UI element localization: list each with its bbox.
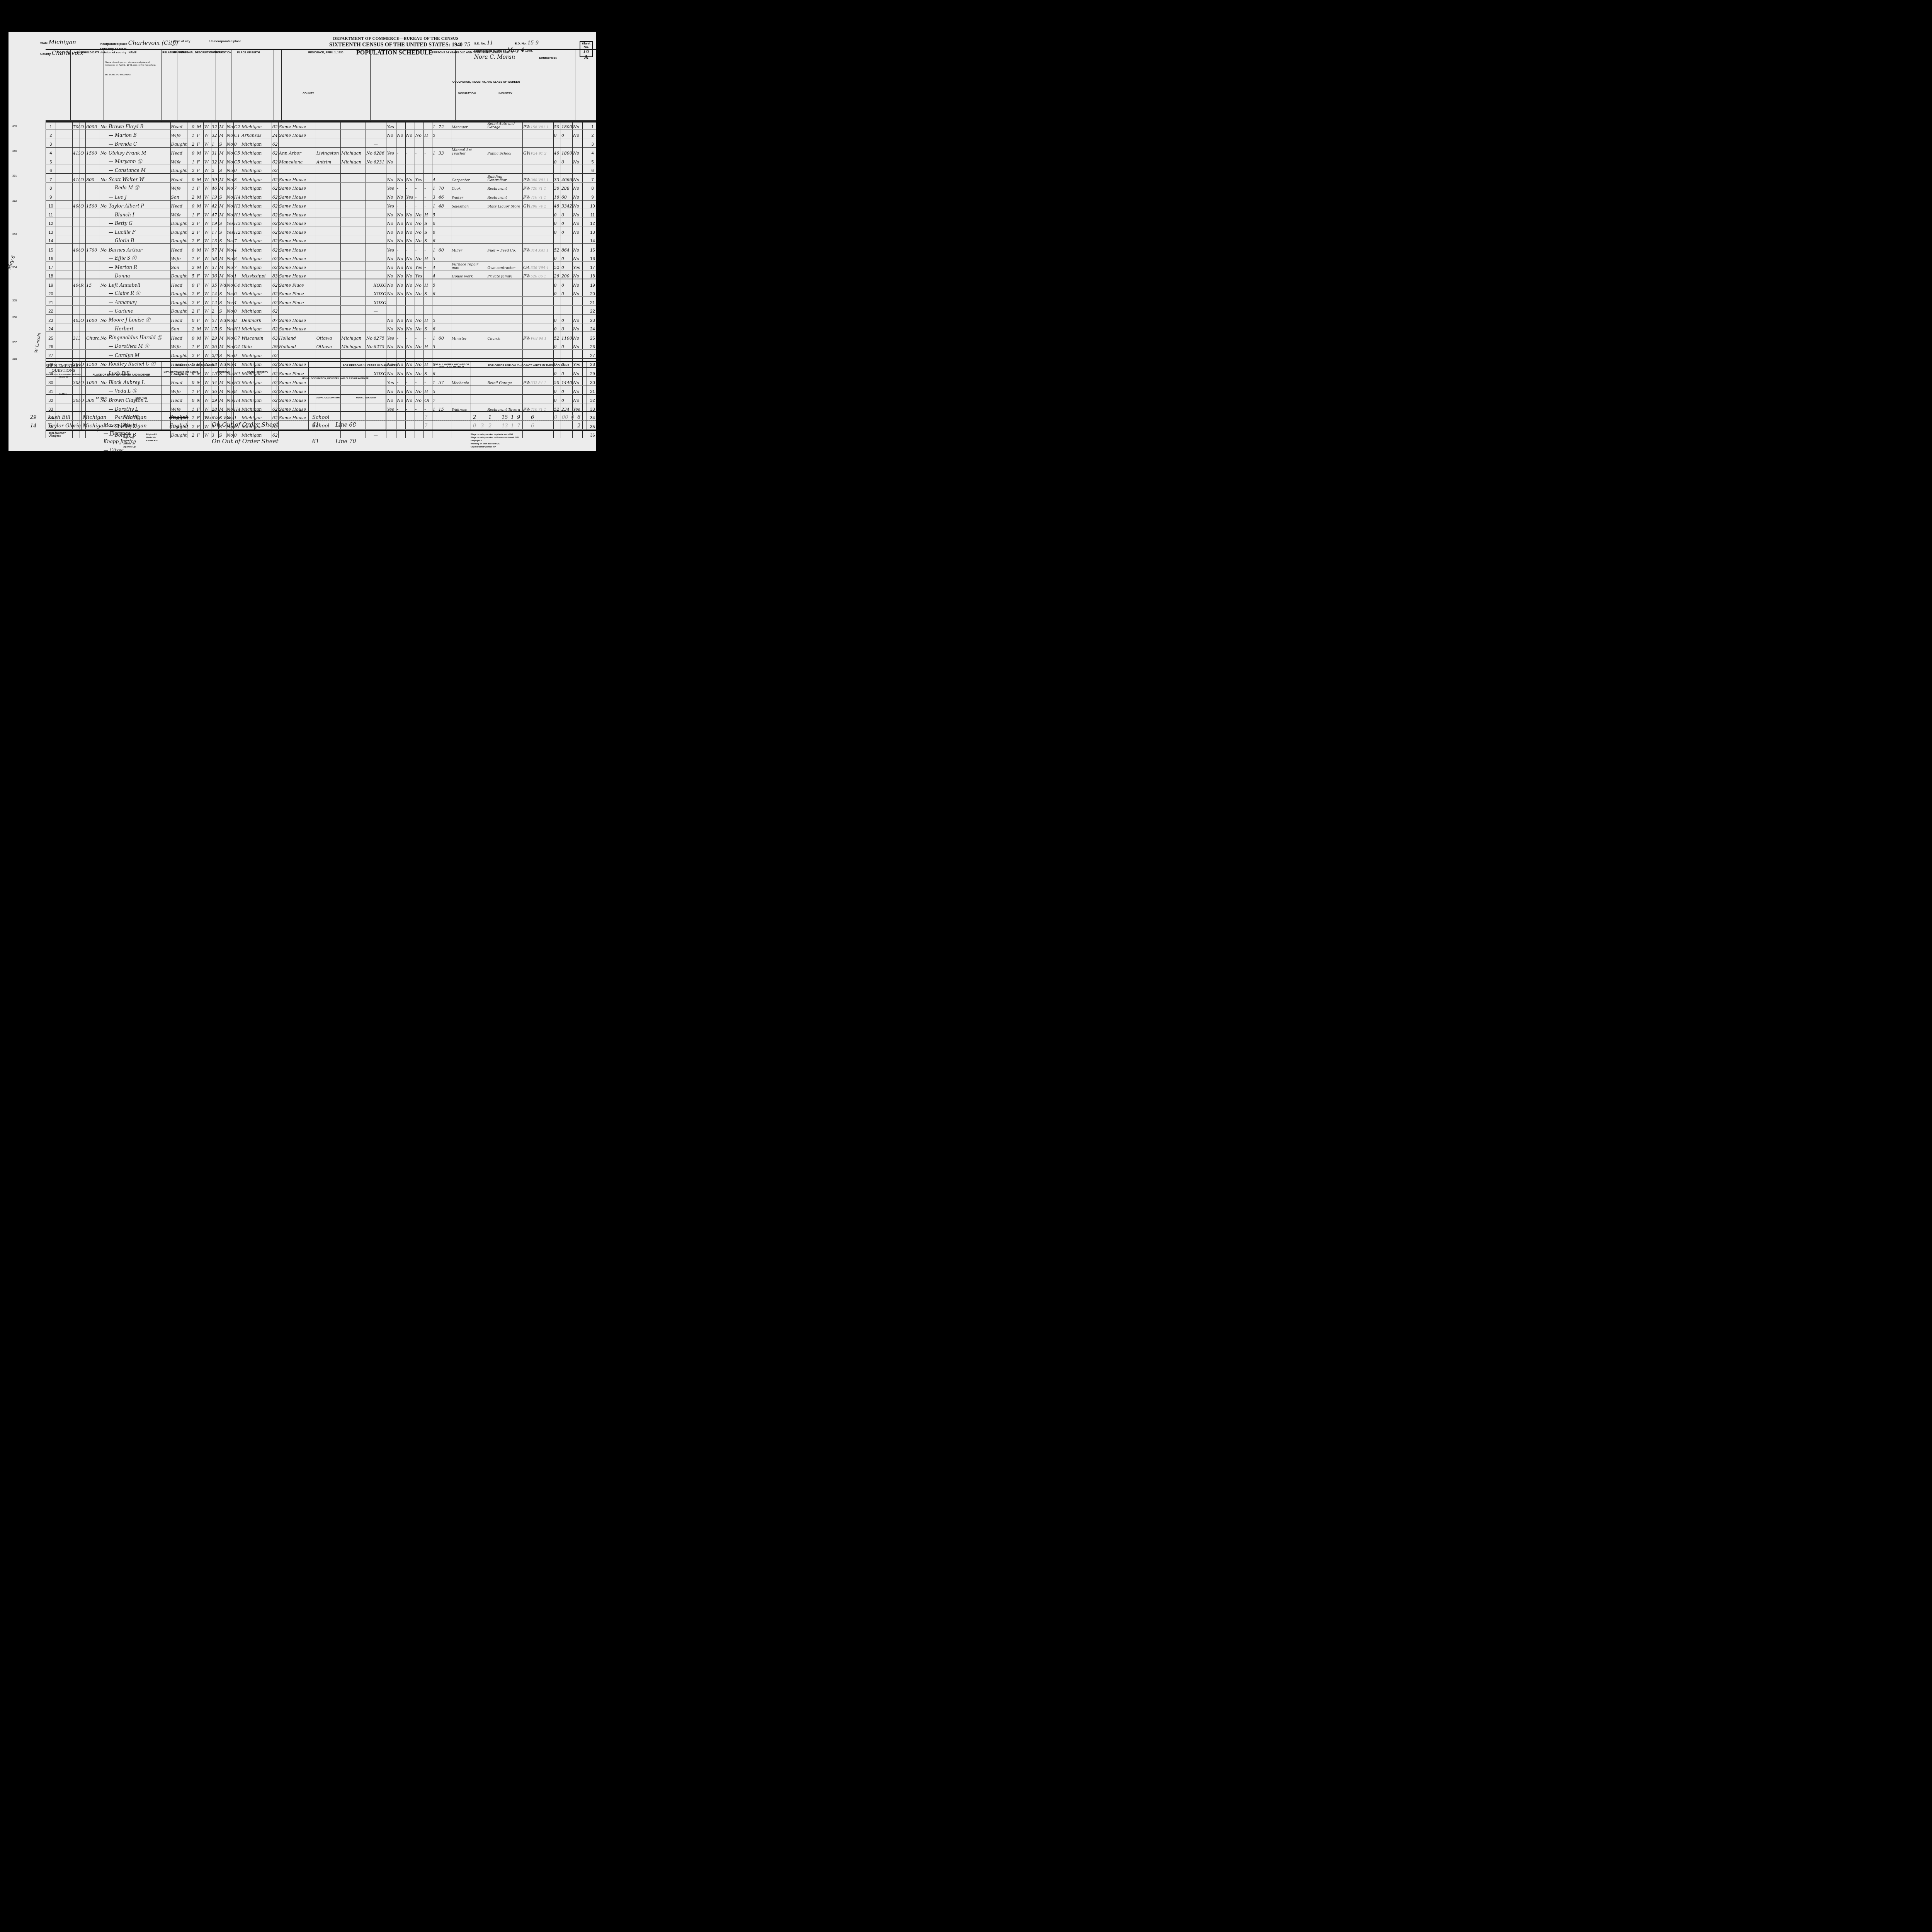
cell-activity	[424, 297, 432, 306]
blank-cell	[187, 332, 191, 341]
cell-at-work: No	[386, 341, 396, 350]
cell-income: 864	[561, 244, 572, 253]
cell-house	[72, 270, 80, 279]
cell-res-farm	[366, 121, 373, 129]
cell-farm	[100, 323, 108, 332]
cell-res-state	[341, 323, 366, 332]
cell-age: 32	[211, 156, 218, 165]
supp-name-header: NAME	[46, 393, 81, 396]
cell-line: 2	[46, 129, 56, 138]
cell-emerg	[396, 165, 406, 173]
blank-cell	[582, 226, 589, 235]
cell-has-job: -	[415, 156, 424, 165]
cell-res-state	[341, 209, 366, 218]
cell-income	[561, 138, 572, 147]
cell-farm	[100, 270, 108, 279]
cell-res-code	[373, 270, 386, 279]
cell-seeking: Yes	[405, 191, 415, 200]
cell-birthplace: Mississippi	[241, 270, 272, 279]
header-name: NAME	[104, 51, 162, 54]
table-row: 1700O6000NoBrown Floyd BHead0MW32MNoC2Mi…	[46, 121, 596, 129]
cell-school: Yes	[226, 226, 233, 235]
cell-grade: C4	[233, 341, 241, 350]
cell-age: 12	[211, 297, 218, 306]
cell-weeks-unemp	[438, 279, 451, 288]
cell-industry	[487, 314, 522, 323]
cell-age: 59	[211, 173, 218, 182]
table-row: 5— Maryann ⓍWife1FW32MNoC5Michigan62Manc…	[46, 156, 596, 165]
cell-birthplace: Michigan	[241, 262, 272, 270]
cell-seeking: No	[405, 209, 415, 218]
cell-seeking: No	[405, 173, 415, 182]
cell-industry: Building Contractor	[487, 173, 522, 182]
cell-res-farm	[366, 350, 373, 359]
cell-occ-code: V24 91 2	[530, 147, 553, 156]
cell-school: No	[226, 332, 233, 341]
cell-other-income: No	[572, 279, 582, 288]
incorporated-place-field: Incorporated place Charlevoix (City)	[100, 39, 178, 46]
cell-hours: 5	[432, 279, 438, 288]
cell-name: — Lucille F	[108, 226, 170, 235]
cell-hours	[432, 350, 438, 359]
cell-res-code	[373, 262, 386, 270]
cell-race: W	[204, 253, 211, 262]
cell-income: 0	[561, 129, 572, 138]
supp-y: 6	[577, 415, 580, 420]
cell-res-code	[373, 121, 386, 129]
cell-street	[56, 288, 72, 297]
cell-grade: C4	[233, 279, 241, 288]
cell-res-county	[316, 350, 341, 359]
cell-has-job: -	[415, 200, 424, 209]
cell-age: 19	[211, 191, 218, 200]
cell-age: 57	[211, 314, 218, 323]
cell-house	[72, 297, 80, 306]
cell-sex: F	[196, 297, 204, 306]
cell-code: 0	[191, 173, 196, 182]
department-title: DEPARTMENT OF COMMERCE—BUREAU OF THE CEN…	[333, 36, 459, 41]
cell-value: 1500	[86, 147, 100, 156]
cell-industry	[487, 235, 522, 244]
cell-race: W	[204, 129, 211, 138]
cell-res-county	[316, 305, 341, 314]
header-birthplace: PLACE OF BIRTH	[231, 51, 266, 54]
cell-occupation	[451, 314, 487, 323]
cell-occupation	[451, 279, 487, 288]
cell-age: 46	[211, 182, 218, 191]
cell-farm: No	[100, 121, 108, 129]
cell-owned: R	[80, 279, 86, 288]
header-personal: PERSONAL DESCRIPTION	[177, 51, 216, 54]
cell-code: 0	[191, 314, 196, 323]
cell-seeking	[405, 138, 415, 147]
supplementary-subtitle: For Persons Enumerated on Lines 14 and 2…	[46, 374, 81, 378]
cell-other-income: No	[572, 129, 582, 138]
cell-hours: 4	[432, 270, 438, 279]
cell-activity: H	[424, 279, 432, 288]
cell-res-county: Ottawa	[316, 332, 341, 341]
cell-weeks-unemp	[438, 226, 451, 235]
cell-owned	[80, 297, 86, 306]
cell-house: 700	[72, 121, 80, 129]
cell-res-farm	[366, 288, 373, 297]
cell-rline: 10	[589, 200, 596, 209]
race-code: White W	[123, 434, 131, 436]
cell-grade: 0	[233, 138, 241, 147]
cell-activity: -	[424, 244, 432, 253]
cell-rline: 8	[589, 182, 596, 191]
cell-school: No	[226, 341, 233, 350]
state-label: State	[40, 41, 48, 45]
cell-relation: Daughter in Law	[170, 270, 187, 279]
cell-relation: Wife	[170, 129, 187, 138]
incorporated-place-label: Incorporated place	[100, 42, 128, 46]
table-row: 18— DonnaDaughter in Law5FW36MNo1Mississ…	[46, 270, 596, 279]
header-occupation: OCCUPATION	[447, 92, 486, 95]
cell-occ-code	[530, 156, 553, 165]
cell-occ-code: 308 V91 1	[530, 173, 553, 182]
cell-farm	[100, 156, 108, 165]
cell-race: W	[204, 138, 211, 147]
cell-birthplace: Michigan	[241, 147, 272, 156]
cell-name: — Betty G	[108, 218, 170, 226]
cell-value: Church Bldg	[86, 332, 100, 341]
cell-res-code	[373, 253, 386, 262]
supp-s: 6	[531, 423, 534, 429]
cell-res-farm	[366, 305, 373, 314]
cell-res-county	[316, 262, 341, 270]
blank-cell	[582, 138, 589, 147]
cell-res-city: Same House	[278, 323, 316, 332]
blank-cell	[187, 218, 191, 226]
cell-at-work: No	[386, 226, 396, 235]
mother-tongue-header: MOTHER TONGUE (OR NATIVE LANGUAGE)	[162, 371, 200, 376]
cell-emerg: No	[396, 218, 406, 226]
cell-other-income: No	[572, 226, 582, 235]
cell-house: 404	[72, 279, 80, 288]
cell-res-city: Holland	[278, 332, 316, 341]
supplementary-questions: SUPPLEMENTARY QUESTIONS For Persons Enum…	[46, 361, 596, 431]
cell-line: 26	[46, 341, 56, 350]
cell-res-county: Livingston	[316, 147, 341, 156]
cell-street	[56, 156, 72, 165]
cell-other-income	[572, 235, 582, 244]
office-header: FOR OFFICE USE ONLY—DO NOT WRITE IN THES…	[471, 364, 587, 367]
cell-bp-c: 83	[272, 270, 278, 279]
cell-occupation	[451, 235, 487, 244]
cell-res-code	[373, 129, 386, 138]
cell-sex: M	[196, 323, 204, 332]
cell-name: — Marion B	[108, 129, 170, 138]
cell-class	[522, 129, 530, 138]
cell-sex: M	[196, 173, 204, 182]
cell-grade: C7	[233, 332, 241, 341]
cell-weeks-unemp	[438, 341, 451, 350]
cell-sex: M	[196, 262, 204, 270]
cell-emerg: -	[396, 332, 406, 341]
cell-res-county	[316, 323, 341, 332]
cell-house: 410	[72, 173, 80, 182]
supp-tongue: English	[169, 415, 189, 420]
cell-other-income	[572, 350, 582, 359]
cell-marital: M	[219, 147, 226, 156]
cell-weeks-unemp	[438, 253, 451, 262]
cell-line: 13	[46, 226, 56, 235]
cell-class	[522, 218, 530, 226]
cell-other-income: No	[572, 121, 582, 129]
cell-rline: 19	[589, 279, 596, 288]
cell-line: 14	[46, 235, 56, 244]
cell-weeks: 0	[553, 226, 561, 235]
cell-code: 2	[191, 323, 196, 332]
cell-grade: 4	[233, 297, 241, 306]
cell-birthplace: Michigan	[241, 173, 272, 182]
cell-weeks	[553, 235, 561, 244]
cell-industry	[487, 209, 522, 218]
cell-street	[56, 332, 72, 341]
blank-cell	[187, 191, 191, 200]
cell-house: 402	[72, 314, 80, 323]
cell-rline: 22	[589, 305, 596, 314]
cell-age: 31	[211, 147, 218, 156]
cell-seeking: No	[405, 218, 415, 226]
cell-marital: S	[219, 288, 226, 297]
cell-bp-c: 62	[272, 244, 278, 253]
cell-house	[72, 253, 80, 262]
cell-occ-code	[530, 253, 553, 262]
cell-grade: H2	[233, 226, 241, 235]
table-row: 8— Reda M ⓍWife1FW46MNo7Michigan62Same H…	[46, 182, 596, 191]
cell-farm	[100, 262, 108, 270]
blank-cell	[187, 209, 191, 218]
cell-weeks	[553, 165, 561, 173]
cell-street	[56, 121, 72, 129]
cell-weeks: 0	[553, 156, 561, 165]
cell-weeks: 52	[553, 332, 561, 341]
cell-age: 35	[211, 279, 218, 288]
cell-name: — Carlene	[108, 305, 170, 314]
race-code: Chinese Chi	[123, 443, 135, 446]
cell-birthplace: Michigan	[241, 138, 272, 147]
cell-res-farm: No	[366, 341, 373, 350]
cell-at-work: No	[386, 191, 396, 200]
header-relation: RELATION	[162, 51, 177, 54]
cell-bp-c: 62	[272, 191, 278, 200]
cell-occupation: Furnace repair man	[451, 262, 487, 270]
visit-number: 352	[12, 200, 17, 202]
table-row: 4419O1500NoOleksy Frank MHead0MW31MNoC5M…	[46, 147, 596, 156]
cell-other-income: No	[572, 253, 582, 262]
cell-code: 0	[191, 332, 196, 341]
cell-activity: S	[424, 218, 432, 226]
cell-seeking	[405, 350, 415, 359]
visit-number: 349	[12, 125, 17, 128]
cell-income: 200	[561, 270, 572, 279]
cell-hours	[432, 305, 438, 314]
cell-activity	[424, 305, 432, 314]
cell-res-code	[373, 244, 386, 253]
cell-marital: S	[219, 323, 226, 332]
cell-street	[56, 129, 72, 138]
table-row: 10408O1500NoTaylor Albert PHead0MW42MNoH…	[46, 200, 596, 209]
cell-hours: 6	[432, 288, 438, 297]
cell-farm: No	[100, 244, 108, 253]
cell-sex: F	[196, 314, 204, 323]
cell-occupation	[451, 138, 487, 147]
cell-relation: Son	[170, 323, 187, 332]
cell-relation: Daughter	[170, 138, 187, 147]
cell-emerg: No	[396, 314, 406, 323]
cell-marital: S	[219, 138, 226, 147]
cell-hours: 1	[432, 244, 438, 253]
cell-owned	[80, 218, 86, 226]
cell-race: W	[204, 341, 211, 350]
census-title: SIXTEENTH CENSUS OF THE UNITED STATES: 1…	[329, 42, 470, 48]
women-header: FOR ALL WOMEN WHO ARE OR HAVE BEEN MARRI…	[432, 364, 471, 368]
veterans-header: VETERANS	[208, 371, 239, 374]
cell-industry	[487, 253, 522, 262]
cell-seeking: No	[405, 279, 415, 288]
cell-code: 2	[191, 235, 196, 244]
cell-industry	[487, 156, 522, 165]
cell-class: PW	[522, 191, 530, 200]
cell-grade: 0	[233, 305, 241, 314]
cell-farm: No	[100, 332, 108, 341]
supp-row: 29 Lush Bill Michigan Michigan English Y…	[46, 411, 596, 420]
cell-occ-code: 156 V91 1	[530, 121, 553, 129]
blank-cell	[582, 279, 589, 288]
cell-res-farm	[366, 314, 373, 323]
cell-race: W	[204, 147, 211, 156]
blank-cell	[582, 244, 589, 253]
cell-school: No	[226, 253, 233, 262]
cell-birthplace: Michigan	[241, 253, 272, 262]
cell-class	[522, 235, 530, 244]
visit-number: 350	[12, 150, 17, 153]
table-row: 25313Church BldgNoRingenoldus Harold ⓍHe…	[46, 332, 596, 341]
cell-has-job: -	[415, 244, 424, 253]
cell-birthplace: Michigan	[241, 218, 272, 226]
cell-rline: 24	[589, 323, 596, 332]
cell-name: — Gloria B	[108, 235, 170, 244]
cell-at-work: No	[386, 262, 396, 270]
blank-cell	[582, 129, 589, 138]
cell-weeks-unemp	[438, 288, 451, 297]
cell-race: W	[204, 200, 211, 209]
blank-cell	[187, 165, 191, 173]
cell-activity: -	[424, 191, 432, 200]
cell-other-income: No	[572, 209, 582, 218]
cell-hours: 4	[432, 173, 438, 182]
state-field: State Michigan	[40, 39, 76, 46]
cell-res-state	[341, 305, 366, 314]
cell-res-farm: No	[366, 147, 373, 156]
table-row: 12— Betty GDaughter2FW19SYesH3Michigan62…	[46, 218, 596, 226]
cell-res-code: 6286	[373, 147, 386, 156]
cell-other-income: No	[572, 341, 582, 350]
cell-res-farm	[366, 297, 373, 306]
cell-at-work: No	[386, 288, 396, 297]
cell-res-county	[316, 173, 341, 182]
cell-owned: O	[80, 244, 86, 253]
cell-industry	[487, 129, 522, 138]
cell-code: 0	[191, 147, 196, 156]
blank-cell	[582, 314, 589, 323]
cell-bp-c: 07	[272, 314, 278, 323]
blank-cell	[187, 350, 191, 359]
cell-street	[56, 297, 72, 306]
table-row: 23402O1600NoMoore J Louise ⓍHead0FW57WdN…	[46, 314, 596, 323]
cell-other-income: No	[572, 173, 582, 182]
cell-house	[72, 288, 80, 297]
header-household: HOUSEHOLD DATA	[70, 51, 104, 54]
cell-class	[522, 323, 530, 332]
cell-birthplace: Arkansas	[241, 129, 272, 138]
cell-relation: Wife	[170, 156, 187, 165]
cell-grade: 8	[233, 253, 241, 262]
class-code: Working on own account OA	[471, 443, 500, 446]
cell-age: 36	[211, 270, 218, 279]
cell-sex: F	[196, 226, 204, 235]
cell-value: 6000	[86, 121, 100, 129]
cell-res-city: Same House	[278, 253, 316, 262]
cell-house	[72, 191, 80, 200]
cell-value	[86, 226, 100, 235]
cell-farm: No	[100, 200, 108, 209]
cell-res-county	[316, 218, 341, 226]
cell-res-farm	[366, 182, 373, 191]
cell-house	[72, 262, 80, 270]
supp-col-j: 7	[424, 423, 427, 429]
table-header: LOCATION HOUSEHOLD DATA NAME RELATION PE…	[46, 49, 596, 122]
table-row: 16— Effie S ⓍWife1FW58MNo8Michigan62Same…	[46, 253, 596, 262]
cell-at-work: Yes	[386, 200, 396, 209]
cell-at-work: Yes	[386, 182, 396, 191]
cell-at-work: No	[386, 218, 396, 226]
cell-income: 60	[561, 191, 572, 200]
cell-emerg: No	[396, 270, 406, 279]
cell-name: — Brenda C	[108, 138, 170, 147]
cell-seeking: -	[405, 244, 415, 253]
supp-x: 0	[571, 415, 574, 420]
cell-name: — Reda M Ⓧ	[108, 182, 170, 191]
cell-res-code	[373, 226, 386, 235]
cell-house	[72, 226, 80, 235]
cell-owned	[80, 262, 86, 270]
cell-weeks-unemp: 33	[438, 147, 451, 156]
cell-at-work	[386, 138, 396, 147]
supp-p: 1	[511, 423, 514, 429]
cell-occ-code	[530, 279, 553, 288]
cell-street	[56, 244, 72, 253]
cell-school: No	[226, 147, 233, 156]
explanatory-notes: SYMBOLS AND EXPLANATORY NOTES Col. 4. VA…	[46, 430, 596, 451]
cell-value	[86, 165, 100, 173]
cell-weeks: 0	[553, 341, 561, 350]
cell-industry: State Liquor Store	[487, 200, 522, 209]
cell-has-job: No	[415, 218, 424, 226]
cell-class	[522, 350, 530, 359]
cell-emerg: No	[396, 279, 406, 288]
usual-occupation-group: USUAL OCCUPATION, INDUSTRY, AND CLASS OF…	[277, 378, 393, 380]
cell-relation: Daughter	[170, 297, 187, 306]
cell-industry: Restaurant	[487, 191, 522, 200]
cell-school: No	[226, 200, 233, 209]
cell-seeking: -	[405, 121, 415, 129]
cell-res-state	[341, 200, 366, 209]
cell-res-code: —	[373, 138, 386, 147]
cell-activity: -	[424, 147, 432, 156]
